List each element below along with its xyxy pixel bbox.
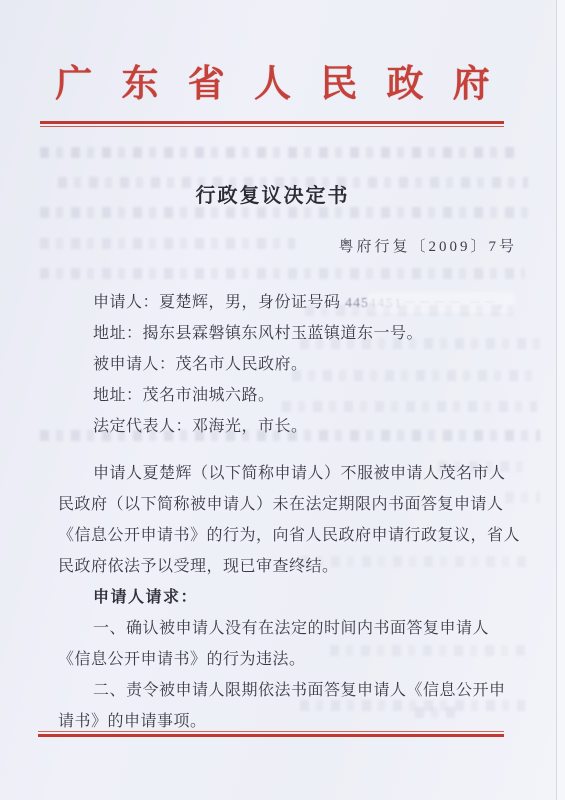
divider-thick-line (40, 121, 504, 124)
scanned-document-page: 广 东 省 人 民 政 府 行政复议决定书 粤府行复〔2009〕7号 申请人：夏… (0, 0, 565, 800)
body-line: 法定代表人：邓海光，市长。 (58, 411, 523, 442)
body-line: 被申请人：茂名市人民政府。 (58, 349, 523, 380)
body-line: 申请人请求： (58, 582, 523, 613)
document-number: 粤府行复〔2009〕7号 (338, 235, 517, 256)
bleedthrough-artifact (40, 268, 525, 279)
letterhead-divider (40, 121, 504, 127)
page-edge-strip (557, 0, 565, 800)
bleedthrough-artifact (40, 207, 535, 218)
document-title: 行政复议决定书 (0, 179, 545, 208)
divider-thick-line (38, 734, 504, 737)
body-line: 《信息公开申请书》的行为违法。 (58, 644, 523, 675)
body-line: 地址：茂名市油城六路。 (58, 380, 523, 411)
body-line: 民政府（以下简称被申请人）未在法定期限内书面答复申请人 (58, 489, 523, 520)
body-line: 申请人夏楚辉（以下简称申请人）不服被申请人茂名市人 (58, 458, 523, 489)
body-line: 申请人：夏楚辉，男，身份证号码 4454451－－－－ －－。 (58, 287, 523, 318)
footer-divider (38, 731, 504, 737)
redaction-smudge: 4451－－－－ －－。 (369, 295, 513, 310)
letterhead-title: 广 东 省 人 民 政 府 (0, 62, 555, 108)
body-text: 申请人：夏楚辉，男，身份证号码 4454451－－－－ －－。地址：揭东县霖磐镇… (58, 287, 523, 737)
body-line: 一、确认被申请人没有在法定的时间内书面答复申请人 (58, 613, 523, 644)
bleedthrough-artifact (40, 147, 520, 158)
body-line: 《信息公开申请书》的行为，向省人民政府申请行政复议，省人 (58, 520, 523, 551)
divider-thin-line (38, 731, 504, 732)
body-line: 民政府依法予以受理，现已审查终结。 (58, 551, 523, 582)
divider-thin-line (40, 126, 504, 127)
bleedthrough-artifact (40, 238, 295, 249)
body-line: 地址：揭东县霖磐镇东风村玉蓝镇道东一号。 (58, 318, 523, 349)
redacted-id-fragment: 445 (341, 296, 370, 311)
body-line: 二、责令被申请人限期依法书面答复申请人《信息公开申 (58, 675, 523, 706)
